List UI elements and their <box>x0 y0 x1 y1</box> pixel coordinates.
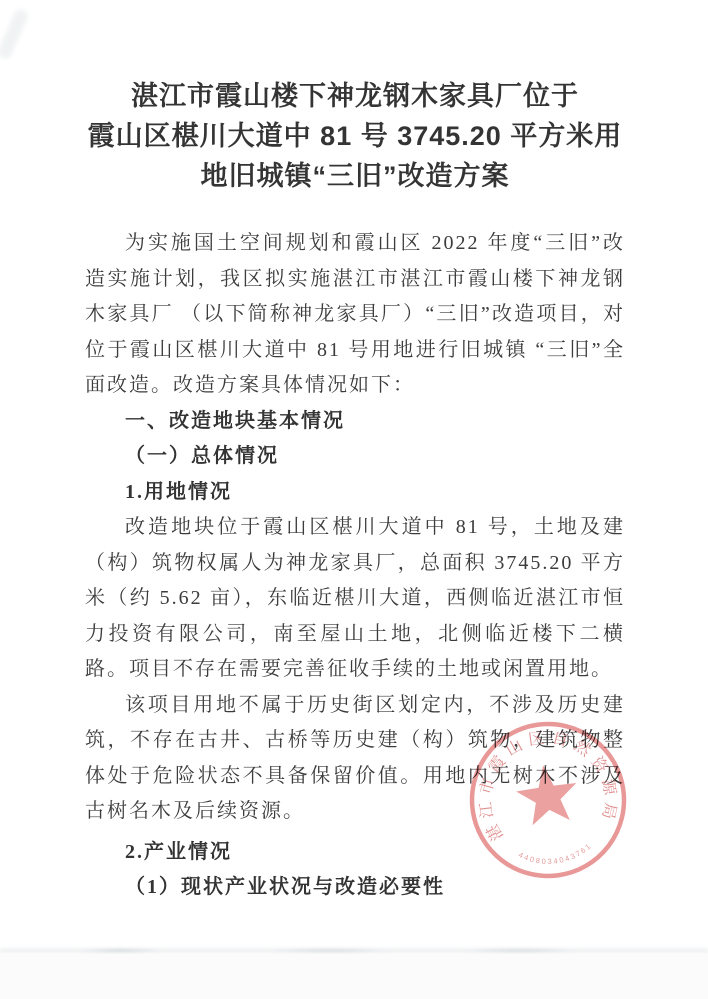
paragraph-history-check: 该项目用地不属于历史街区划定内，不涉及历史建筑，不存在古井、古桥等历史建（构）筑… <box>85 688 625 830</box>
subheading-industry-status: （1）现状产业状况与改造必要性 <box>85 870 625 906</box>
scanner-background <box>0 954 708 999</box>
scan-artifact-corner <box>0 7 30 60</box>
paragraph-land-details: 改造地块位于霞山区椹川大道中 81 号，土地及建（构）筑物权属人为神龙家具厂，总… <box>85 510 625 688</box>
title-line-2: 霞山区椹川大道中 81 号 3745.20 平方米用 <box>85 116 625 156</box>
document-title: 湛江市霞山楼下神龙钢木家具厂位于 霞山区椹川大道中 81 号 3745.20 平… <box>85 76 625 196</box>
document-page: 湛江市霞山楼下神龙钢木家具厂位于 霞山区椹川大道中 81 号 3745.20 平… <box>0 0 708 999</box>
document-content: 湛江市霞山楼下神龙钢木家具厂位于 霞山区椹川大道中 81 号 3745.20 平… <box>85 76 625 906</box>
subheading-industry: 2.产业情况 <box>85 835 625 871</box>
section-heading-1: 一、改造地块基本情况 <box>85 404 625 440</box>
title-line-1: 湛江市霞山楼下神龙钢木家具厂位于 <box>85 76 625 116</box>
subheading-land-use: 1.用地情况 <box>85 475 625 511</box>
title-line-3: 地旧城镇“三旧”改造方案 <box>85 156 625 196</box>
subsection-heading-overall: （一）总体情况 <box>85 439 625 475</box>
document-body: 为实施国土空间规划和霞山区 2022 年度“三旧”改造实施计划，我区拟实施湛江市… <box>85 226 625 906</box>
paragraph-intro: 为实施国土空间规划和霞山区 2022 年度“三旧”改造实施计划，我区拟实施湛江市… <box>85 226 625 404</box>
